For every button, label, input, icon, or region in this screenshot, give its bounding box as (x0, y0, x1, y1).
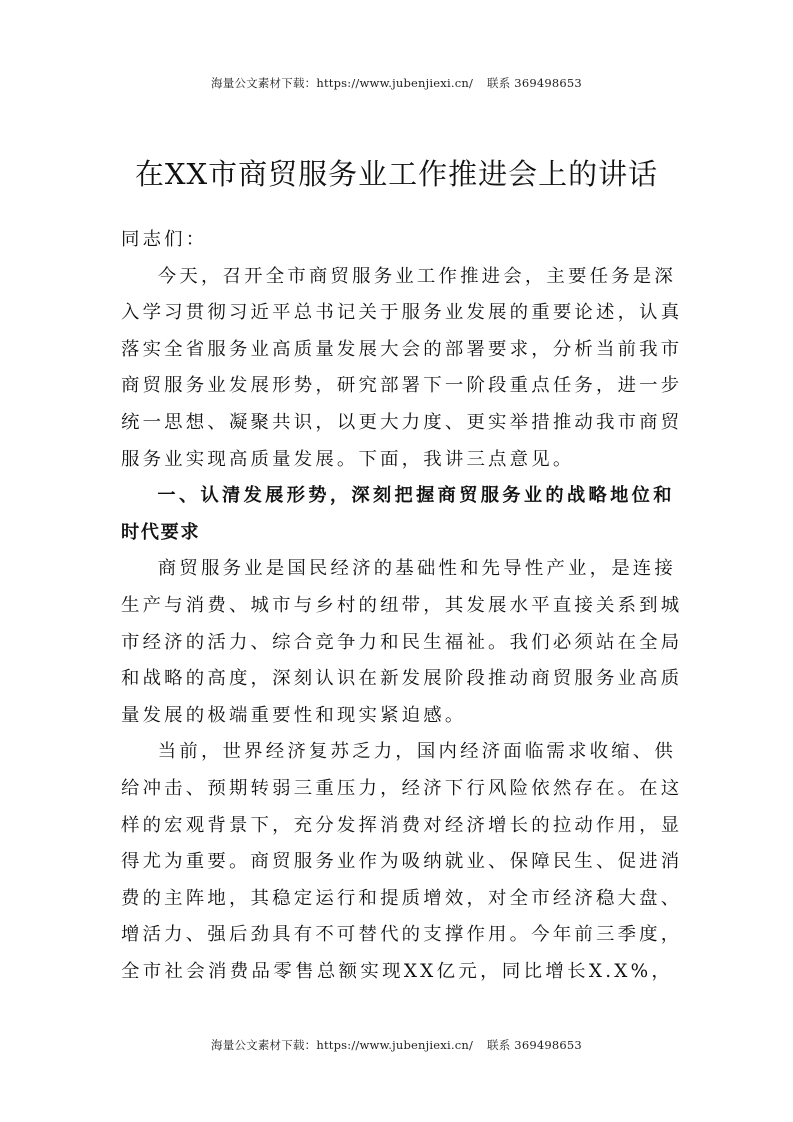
salutation: 同志们： (121, 222, 673, 259)
paragraph-current-situation: 当前，世界经济复苏乏力，国内经济面临需求收缩、供 给冲击、预期转弱三重压力，经济… (121, 734, 673, 990)
text-line: 入学习贯彻习近平总书记关于服务业发展的重要论述，认真 (121, 295, 673, 332)
text-line: 给冲击、预期转弱三重压力，经济下行风险依然存在。在这 (121, 771, 673, 808)
page-footer: 海量公文素材下载：https://www.jubenjiexi.cn/联系 36… (0, 1037, 793, 1053)
heading-line: 一、认清发展形势，深刻把握商贸服务业的战略地位和 (121, 478, 673, 515)
text-line: 量发展的极端重要性和现实紧迫感。 (121, 698, 673, 735)
text-line: 费的主阵地，其稳定运行和提质增效，对全市经济稳大盘、 (121, 881, 673, 918)
text-line: 得尤为重要。商贸服务业作为吸纳就业、保障民生、促进消 (121, 844, 673, 881)
paragraph-intro: 今天，召开全市商贸服务业工作推进会，主要任务是深 入学习贯彻习近平总书记关于服务… (121, 259, 673, 479)
text-line: 商贸服务业是国民经济的基础性和先导性产业，是连接 (121, 551, 673, 588)
footer-download-label: 海量公文素材下载：https://www.jubenjiexi.cn/ (211, 1038, 473, 1052)
paragraph-strategic-position: 商贸服务业是国民经济的基础性和先导性产业，是连接 生产与消费、城市与乡村的纽带，… (121, 551, 673, 734)
section-heading-1: 一、认清发展形势，深刻把握商贸服务业的战略地位和 时代要求 (121, 478, 673, 551)
text-line: 样的宏观背景下，充分发挥消费对经济增长的拉动作用，显 (121, 808, 673, 845)
text-line: 全市社会消费品零售总额实现XX亿元，同比增长X.X%， (121, 954, 673, 991)
text-line: 统一思想、凝聚共识，以更大力度、更实举措推动我市商贸 (121, 405, 673, 442)
text-line: 今天，召开全市商贸服务业工作推进会，主要任务是深 (121, 259, 673, 296)
heading-line: 时代要求 (121, 515, 673, 552)
header-contact: 联系 369498653 (487, 76, 582, 90)
page-header: 海量公文素材下载：https://www.jubenjiexi.cn/联系 36… (0, 75, 793, 91)
text-line: 市经济的活力、综合竞争力和民生福祉。我们必须站在全局 (121, 625, 673, 662)
document-body: 同志们： 今天，召开全市商贸服务业工作推进会，主要任务是深 入学习贯彻习近平总书… (121, 222, 673, 990)
text-line: 增活力、强后劲具有不可替代的支撑作用。今年前三季度， (121, 917, 673, 954)
document-title: 在XX市商贸服务业工作推进会上的讲话 (0, 152, 793, 193)
text-line: 服务业实现高质量发展。下面，我讲三点意见。 (121, 442, 673, 479)
header-download-label: 海量公文素材下载：https://www.jubenjiexi.cn/ (211, 76, 473, 90)
footer-contact: 联系 369498653 (487, 1038, 582, 1052)
text-line: 生产与消费、城市与乡村的纽带，其发展水平直接关系到城 (121, 588, 673, 625)
text-line: 落实全省服务业高质量发展大会的部署要求，分析当前我市 (121, 332, 673, 369)
text-line: 当前，世界经济复苏乏力，国内经济面临需求收缩、供 (121, 734, 673, 771)
text-line: 商贸服务业发展形势，研究部署下一阶段重点任务，进一步 (121, 368, 673, 405)
text-line: 和战略的高度，深刻认识在新发展阶段推动商贸服务业高质 (121, 661, 673, 698)
